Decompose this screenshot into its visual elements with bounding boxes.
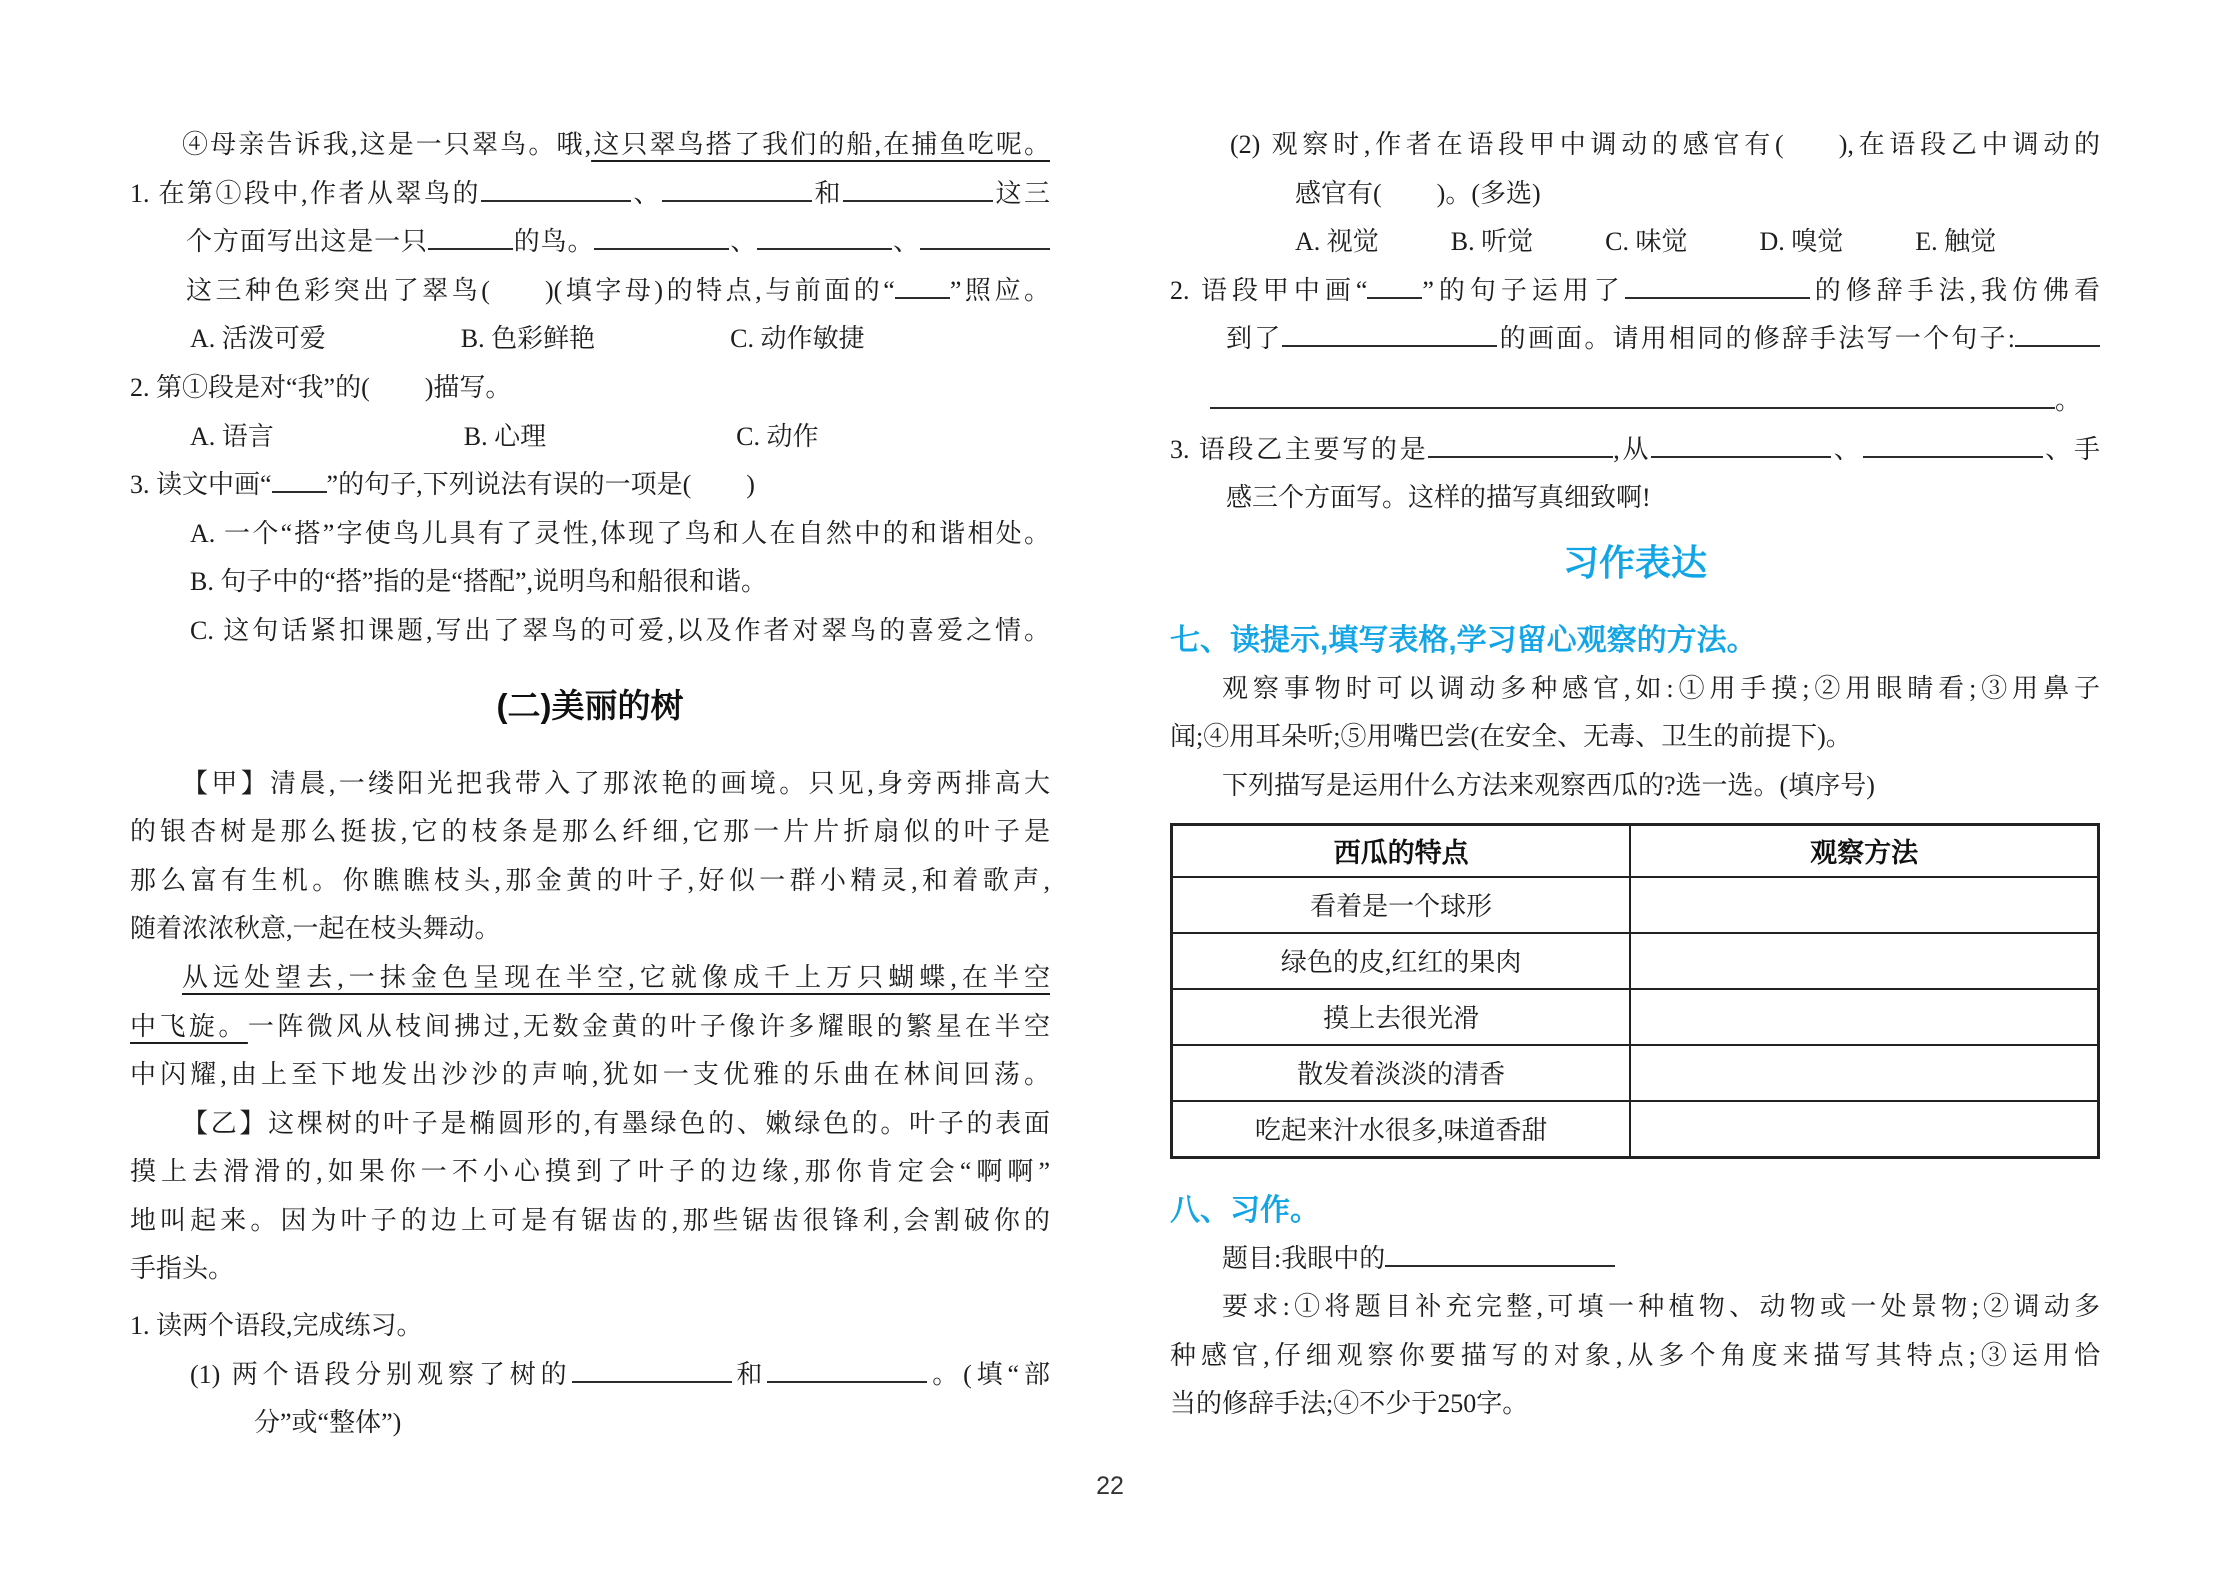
underlined-sentence: 这只翠鸟搭了我们的船,在捕鱼吃呢。 [591, 130, 1050, 159]
text-line: A. 视觉B. 听觉C. 味觉D. 嗅觉E. 触觉 [1170, 218, 2100, 267]
fill-in-blank [1651, 431, 1831, 458]
text-line: 要求:①将题目补充完整,可填一种植物、动物或一处景物;②调动多 [1170, 1283, 2100, 1332]
table-cell [1630, 989, 2098, 1045]
question-8-body: 题目:我眼中的要求:①将题目补充完整,可填一种植物、动物或一处景物;②调动多种感… [1170, 1235, 2100, 1429]
text-line: 中飞旋。一阵微风从枝间拂过,无数金黄的叶子像许多耀眼的繁星在半空 [130, 1003, 1050, 1052]
text-line: 题目:我眼中的 [1170, 1235, 2100, 1284]
text-line: 感官有()。(多选) [1170, 170, 2100, 219]
spacer [1382, 201, 1437, 202]
text-line: 3. 读文中画“”的句子,下列说法有误的一项是() [130, 461, 1050, 510]
fill-in-blank [1428, 431, 1613, 458]
text-line: 【甲】清晨,一缕阳光把我带入了那浓艳的画境。只见,身旁两排高大 [130, 760, 1050, 809]
text-line: 2. 第①段是对“我”的()描写。 [130, 364, 1050, 413]
spacer [1687, 249, 1759, 250]
text-line: A. 活泼可爱B. 色彩鲜艳C. 动作敏捷 [130, 315, 1050, 364]
fill-in-blank [1625, 272, 1810, 299]
fill-in-blank [481, 175, 631, 202]
spacer [595, 346, 730, 347]
fill-in-blank [895, 272, 950, 299]
right-column: (2) 观察时,作者在语段甲中调动的感官有(),在语段乙中调动的感官有()。(多… [1170, 121, 2100, 1429]
fill-in-blank [662, 175, 812, 202]
text-line: ④母亲告诉我,这是一只翠鸟。哦,这只翠鸟搭了我们的船,在捕鱼吃呢。 [130, 121, 1050, 170]
text-line: 中闪耀,由上至下地发出沙沙的声响,犹如一支优雅的乐曲在林间回荡。 [130, 1051, 1050, 1100]
reading-passage: 【甲】清晨,一缕阳光把我带入了那浓艳的画境。只见,身旁两排高大的银杏树是那么挺拔… [130, 760, 1050, 1295]
left-column: ④母亲告诉我,这是一只翠鸟。哦,这只翠鸟搭了我们的船,在捕鱼吃呢。1. 在第①段… [130, 121, 1050, 1448]
table-row: 绿色的皮,红红的果肉 [1172, 933, 2099, 989]
reading-questions-bottom: 1. 读两个语段,完成练习。(1) 两个语段分别观察了树的和。(填“部分”或“整… [130, 1302, 1050, 1448]
spacer [546, 444, 736, 445]
fill-in-blank [767, 1356, 927, 1383]
table-cell: 散发着淡淡的清香 [1172, 1045, 1631, 1101]
text-line: A. 一个“搭”字使鸟儿具有了灵性,体现了鸟和人在自然中的和谐相处。 [130, 510, 1050, 559]
text-line: 【乙】这棵树的叶子是椭圆形的,有墨绿色的、嫩绿色的。叶子的表面 [130, 1100, 1050, 1149]
text-line: A. 语言B. 心理C. 动作 [130, 413, 1050, 462]
fill-in-blank [843, 175, 993, 202]
text-line: 那么富有生机。你瞧瞧枝头,那金黄的叶子,好似一群小精灵,和着歌声, [130, 857, 1050, 906]
fill-in-blank [2015, 321, 2100, 348]
text-line: 2. 语段甲中画“”的句子运用了的修辞手法,我仿佛看 [1170, 267, 2100, 316]
question-7-intro: 观察事物时可以调动多种感官,如:①用手摸;②用眼睛看;③用鼻子闻;④用耳朵听;⑤… [1170, 665, 2100, 811]
spacer [490, 298, 545, 299]
table-header-row: 西瓜的特点观察方法 [1172, 824, 2099, 877]
page-number: 22 [0, 1472, 2220, 1501]
text-line: C. 这句话紧扣课题,写出了翠鸟的可爱,以及作者对翠鸟的喜爱之情。 [130, 607, 1050, 656]
fill-in-blank [1863, 431, 2043, 458]
table-cell [1630, 877, 2098, 933]
text-line: 观察事物时可以调动多种感官,如:①用手摸;②用眼睛看;③用鼻子 [1170, 665, 2100, 714]
table-cell [1630, 1045, 2098, 1101]
fill-in-blank [272, 466, 327, 493]
text-line: 3. 语段乙主要写的是,从、、手 [1170, 426, 2100, 475]
text-line: 从远处望去,一抹金色呈现在半空,它就像成千上万只蝴蝶,在半空 [130, 954, 1050, 1003]
table-row: 散发着淡淡的清香 [1172, 1045, 2099, 1101]
table-cell: 吃起来汁水很多,味道香甜 [1172, 1101, 1631, 1158]
spacer [1379, 249, 1451, 250]
table-row: 吃起来汁水很多,味道香甜 [1172, 1101, 2099, 1158]
reading-questions-top: ④母亲告诉我,这是一只翠鸟。哦,这只翠鸟搭了我们的船,在捕鱼吃呢。1. 在第①段… [130, 121, 1050, 656]
section-title-beautiful-tree: (二)美丽的树 [130, 680, 1050, 732]
table-header-cell: 观察方法 [1630, 824, 2098, 877]
text-line: 1. 在第①段中,作者从翠鸟的、和这三 [130, 170, 1050, 219]
spacer [691, 492, 746, 493]
text-line: 到了的画面。请用相同的修辞手法写一个句子: [1170, 315, 2100, 364]
section-banner-writing-expression: 习作表达 [1170, 535, 2100, 591]
text-line: 手指头。 [130, 1245, 1050, 1294]
observation-table: 西瓜的特点观察方法看着是一个球形绿色的皮,红红的果肉摸上去很光滑散发着淡淡的清香… [1170, 823, 2100, 1159]
fill-in-blank [757, 224, 892, 251]
text-line: 下列描写是运用什么方法来观察西瓜的?选一选。(填序号) [1170, 762, 2100, 811]
table-cell: 绿色的皮,红红的果肉 [1172, 933, 1631, 989]
table-cell [1630, 933, 2098, 989]
text-line: 地叫起来。因为叶子的边上可是有锯齿的,那些锯齿很锋利,会割破你的 [130, 1197, 1050, 1246]
fill-in-blank [1367, 272, 1422, 299]
worksheet-page: ④母亲告诉我,这是一只翠鸟。哦,这只翠鸟搭了我们的船,在捕鱼吃呢。1. 在第①段… [0, 0, 2220, 1571]
text-line: 分”或“整体”) [130, 1399, 1050, 1448]
underlined-sentence: 从远处望去,一抹金色呈现在半空,它就像成千上万只蝴蝶,在半空 [182, 963, 1050, 992]
fill-in-blank [1385, 1240, 1615, 1267]
table-row: 摸上去很光滑 [1172, 989, 2099, 1045]
reading-questions-continued: (2) 观察时,作者在语段甲中调动的感官有(),在语段乙中调动的感官有()。(多… [1170, 121, 2100, 523]
spacer [370, 395, 425, 396]
underlined-sentence: 中飞旋。 [130, 1012, 248, 1041]
fill-in-blank [1210, 382, 2055, 409]
question-7-heading: 七、读提示,填写表格,学习留心观察的方法。 [1170, 617, 2100, 665]
text-line: 随着浓浓秋意,一起在枝头舞动。 [130, 905, 1050, 954]
text-line: 当的修辞手法;④不少于250字。 [1170, 1380, 2100, 1429]
spacer [274, 444, 464, 445]
text-line: 1. 读两个语段,完成练习。 [130, 1302, 1050, 1351]
text-line: (2) 观察时,作者在语段甲中调动的感官有(),在语段乙中调动的 [1170, 121, 2100, 170]
text-line: 闻;④用耳朵听;⑤用嘴巴尝(在安全、无毒、卫生的前提下)。 [1170, 713, 2100, 762]
table-header-cell: 西瓜的特点 [1172, 824, 1631, 877]
text-line: 感三个方面写。这样的描写真细致啊! [1170, 474, 2100, 523]
table-cell: 摸上去很光滑 [1172, 989, 1631, 1045]
spacer [326, 346, 461, 347]
table-cell [1630, 1101, 2098, 1158]
fill-in-blank [572, 1356, 732, 1383]
text-line: B. 句子中的“搭”指的是“搭配”,说明鸟和船很和谐。 [130, 558, 1050, 607]
table-row: 看着是一个球形 [1172, 877, 2099, 933]
spacer [1784, 152, 1839, 153]
text-line: 的银杏树是那么挺拔,它的枝条是那么纤细,它那一片片折扇似的叶子是 [130, 808, 1050, 857]
spacer [1533, 249, 1605, 250]
question-8-heading: 八、习作。 [1170, 1187, 2100, 1235]
text-line: 。 [1170, 377, 2100, 426]
text-line: (1) 两个语段分别观察了树的和。(填“部 [130, 1351, 1050, 1400]
fill-in-blank [920, 224, 1050, 251]
table-cell: 看着是一个球形 [1172, 877, 1631, 933]
spacer [1843, 249, 1915, 250]
text-line: 个方面写出这是一只的鸟。、、 [130, 218, 1050, 267]
text-line: 这三种色彩突出了翠鸟()(填字母)的特点,与前面的“”照应。 [130, 267, 1050, 316]
fill-in-blank [1282, 321, 1497, 348]
text-line: 种感官,仔细观察你要描写的对象,从多个角度来描写其特点;③运用恰 [1170, 1332, 2100, 1381]
fill-in-blank [594, 224, 729, 251]
fill-in-blank [428, 224, 513, 251]
text-line: 摸上去滑滑的,如果你一不小心摸到了叶子的边缘,那你肯定会“啊啊” [130, 1148, 1050, 1197]
